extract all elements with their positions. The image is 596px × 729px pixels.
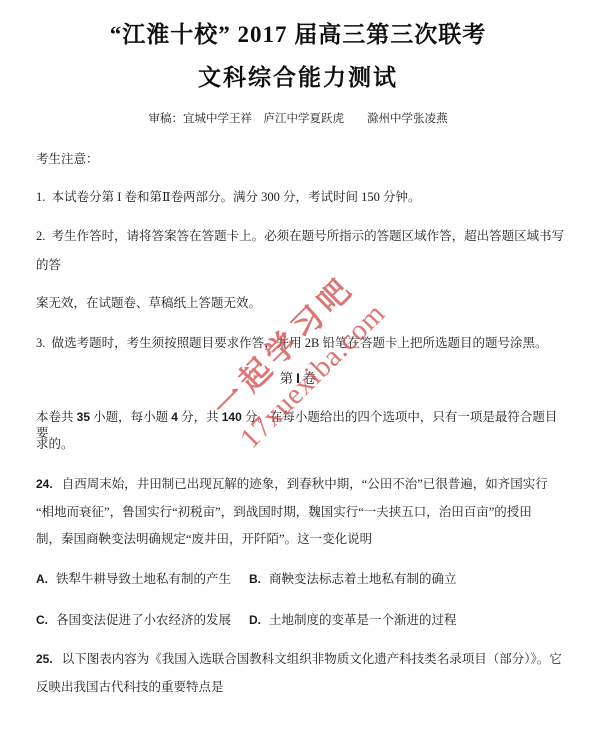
section-title-numeral: I [296,371,300,386]
notice-heading: 考生注意： [36,151,566,167]
option-a-text: 铁犁牛耕导致土地私有制的产生 [56,572,231,586]
question-24-options-row-2: C.各国变法促进了小农经济的发展D.土地制度的变革是一个渐进的过程 [36,612,566,628]
exam-paper-page: “江淮十校” 2017 届高三第三次联考 文科综合能力测试 审稿：宜城中学王祥 … [0,0,596,729]
notice-item-2-line-1: 2. 考生作答时，请将答案答在答题卡上。必须在题号所指示的答题区域作答，超出答题… [36,228,566,244]
section-intro-line-2: 求的。 [36,436,566,452]
notice-item-3: 3. 做选考题时，考生须按照题目要求作答，并用 2B 铅笔在答题卡上把所选题目的… [36,335,566,351]
intro-text-1: 本卷共 [36,410,77,424]
reviewers-line: 审稿：宜城中学王祥 庐江中学夏跃虎 滁州中学张凌燕 [0,110,596,126]
option-a: A.铁犁牛耕导致土地私有制的产生 [36,571,249,587]
intro-text-2: 小题，每小题 [90,410,171,424]
option-b-label: B. [249,572,261,586]
option-d-label: D. [249,613,261,627]
intro-text-3: 分，共 [178,410,222,424]
option-c-label: C. [36,613,48,627]
exam-subtitle: 文科综合能力测试 [0,59,596,92]
question-24-number: 24. [36,477,53,491]
option-b-text: 商鞅变法标志着土地私有制的确立 [269,572,457,586]
question-25-line-1: 25.以下图表内容为《我国入选联合国教科文组织非物质文化遗产科技类名录项目（部分… [36,651,566,667]
option-b: B.商鞅变法标志着土地私有制的确立 [249,571,457,587]
question-25-number: 25. [36,652,53,666]
option-c: C.各国变法促进了小农经济的发展 [36,612,249,628]
question-24-line-1: 24.自西周末始，井田制已出现瓦解的迹象，到春秋中期，“公田不治”已很普遍，如齐… [36,476,566,492]
question-24-line-2: “相地而衰征”，鲁国实行“初税亩”，到战国时期，魏国实行“一夫挟五口，治田百亩”… [36,504,566,520]
intro-num-points-total: 140 [222,410,242,424]
intro-num-points-each: 4 [171,410,178,424]
section-title-pre: 第 [280,371,294,386]
question-24-text: 自西周末始，井田制已出现瓦解的迹象，到春秋中期，“公田不治”已很普遍，如齐国实行 [62,477,548,491]
option-d-text: 土地制度的变革是一个渐进的过程 [269,613,457,627]
notice-item-2-line-3: 案无效，在试题卷、草稿纸上答题无效。 [36,295,566,311]
question-25-line-2: 反映出我国古代科技的重要特点是 [36,679,566,695]
notice-item-2-line-2: 的答 [36,257,566,273]
question-25-text: 以下图表内容为《我国入选联合国教科文组织非物质文化遗产科技类名录项目（部分）》。… [62,652,562,666]
option-d: D.土地制度的变革是一个渐进的过程 [249,612,457,628]
exam-title: “江淮十校” 2017 届高三第三次联考 [0,16,596,49]
question-24-options-row-1: A.铁犁牛耕导致土地私有制的产生B.商鞅变法标志着土地私有制的确立 [36,571,566,587]
section-1-title: 第I卷 [0,370,596,387]
notice-item-1: 1. 本试卷分第 I 卷和第Ⅱ卷两部分。满分 300 分，考试时间 150 分钟… [36,189,566,205]
option-c-text: 各国变法促进了小农经济的发展 [56,613,231,627]
option-a-label: A. [36,572,48,586]
question-24-line-3: 制，秦国商鞅变法明确规定“废井田，开阡陌”。这一变化说明 [36,531,566,547]
section-title-post: 卷 [303,371,317,386]
intro-num-questions: 35 [77,410,90,424]
